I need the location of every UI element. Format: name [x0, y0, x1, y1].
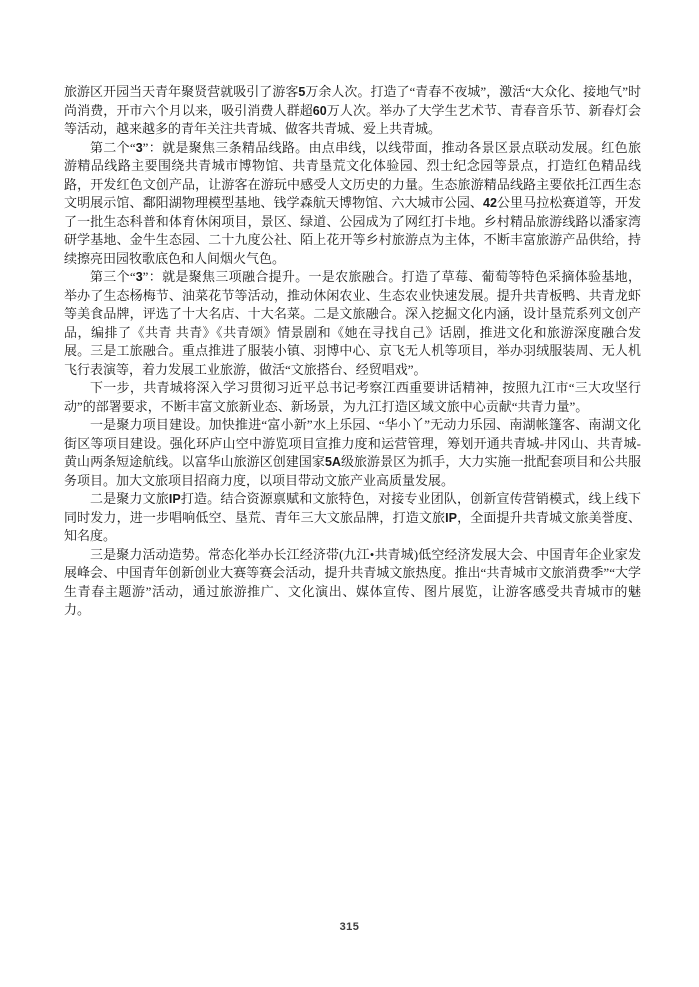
document-page: 旅游区开园当天青年聚贤营就吸引了游客5万余人次。打造了“青春不夜城”，激活“大众… — [0, 0, 699, 987]
paragraph-3: 第三个“3”：就是聚焦三项融合提升。一是农旅融合。打造了草莓、葡萄等特色采摘体验… — [64, 268, 641, 379]
paragraph-2: 第二个“3”：就是聚焦三条精品线路。由点串线，以线带面，推动各景区景点联动发展。… — [64, 139, 641, 269]
latin-text: IP — [445, 511, 457, 525]
latin-text: 3 — [136, 141, 143, 155]
paragraph-6: 二是聚力文旅IP打造。结合资源禀赋和文旅特色，对接专业团队，创新宣传营销模式，线… — [64, 490, 641, 546]
latin-text: 60 — [313, 104, 327, 118]
latin-text: 42 — [483, 196, 497, 210]
paragraph-4: 下一步，共青城将深入学习贯彻习近平总书记考察江西重要讲话精神，按照九江市“三大攻… — [64, 379, 641, 416]
latin-text: 5A — [325, 455, 341, 469]
latin-text: 5 — [298, 85, 305, 99]
paragraph-7: 三是聚力活动造势。常态化举办长江经济带(九江•共青城)低空经济发展大会、中国青年… — [64, 546, 641, 620]
document-body: 旅游区开园当天青年聚贤营就吸引了游客5万余人次。打造了“青春不夜城”，激活“大众… — [64, 83, 641, 620]
latin-text: IP — [169, 492, 181, 506]
paragraph-5: 一是聚力项目建设。加快推进“富小新”水上乐园、“华小丫”无动力乐园、南湖帐篷客、… — [64, 416, 641, 490]
paragraph-1: 旅游区开园当天青年聚贤营就吸引了游客5万余人次。打造了“青春不夜城”，激活“大众… — [64, 83, 641, 139]
latin-text: 3 — [136, 270, 143, 284]
page-number: 315 — [0, 920, 699, 934]
